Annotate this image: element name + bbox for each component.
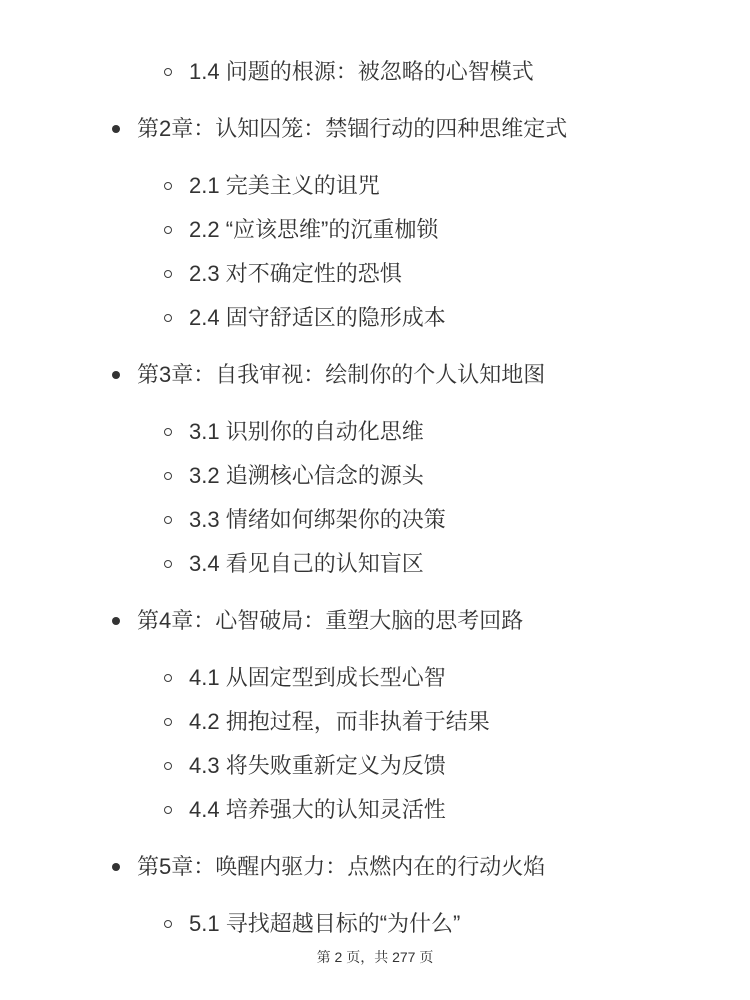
toc-entry-text: 2.2 “应该思维”的沉重枷锁 [189,217,438,242]
bullet-disc-icon [112,125,120,133]
toc-chapter-entry: 第4章：心智破局：重塑大脑的思考回路 [137,606,720,636]
bullet-circle-icon [164,718,172,726]
toc-entry-text: 1.4 问题的根源：被忽略的心智模式 [189,59,534,84]
toc-section-entry: 3.4 看见自己的认知盲区 [189,549,720,579]
bullet-circle-icon [164,472,172,480]
toc-entry-text: 第3章：自我审视：绘制你的个人认知地图 [137,362,545,387]
bullet-circle-icon [164,762,172,770]
bullet-circle-icon [164,516,172,524]
toc-section-entry: 4.1 从固定型到成长型心智 [189,663,720,693]
toc-chapter-entry: 第2章：认知囚笼：禁锢行动的四种思维定式 [137,114,720,144]
toc-entry-text: 4.3 将失败重新定义为反馈 [189,753,446,778]
toc-section-entry: 4.4 培养强大的认知灵活性 [189,795,720,825]
toc-chapter-entry: 第3章：自我审视：绘制你的个人认知地图 [137,360,720,390]
toc-section-entry: 4.2 拥抱过程，而非执着于结果 [189,707,720,737]
toc-section-entry: 3.2 追溯核心信念的源头 [189,461,720,491]
document-page: 1.4 问题的根源：被忽略的心智模式 第2章：认知囚笼：禁锢行动的四种思维定式 … [0,0,750,1000]
toc-entry-text: 3.3 情绪如何绑架你的决策 [189,507,446,532]
toc-entry-text: 2.1 完美主义的诅咒 [189,173,380,198]
toc-section-entry: 2.1 完美主义的诅咒 [189,171,720,201]
toc-section-entry: 2.4 固守舒适区的隐形成本 [189,303,720,333]
toc-section-entry: 4.3 将失败重新定义为反馈 [189,751,720,781]
bullet-circle-icon [164,920,172,928]
toc-entry-text: 2.3 对不确定性的恐惧 [189,261,402,286]
toc-entry-text: 第4章：心智破局：重塑大脑的思考回路 [137,608,523,633]
toc-entry-text: 2.4 固守舒适区的隐形成本 [189,305,446,330]
toc-entry-text: 4.1 从固定型到成长型心智 [189,665,446,690]
toc-entry-text: 3.2 追溯核心信念的源头 [189,463,424,488]
bullet-circle-icon [164,182,172,190]
bullet-circle-icon [164,270,172,278]
toc-entry-text: 3.1 识别你的自动化思维 [189,419,424,444]
toc-section-entry: 5.1 寻找超越目标的“为什么” [189,909,720,939]
page-number-indicator: 第 2 页，共 277 页 [0,947,750,967]
bullet-disc-icon [112,371,120,379]
toc-entry-text: 第2章：认知囚笼：禁锢行动的四种思维定式 [137,116,567,141]
toc-section-entry: 3.3 情绪如何绑架你的决策 [189,505,720,535]
toc-section-entry: 2.3 对不确定性的恐惧 [189,259,720,289]
bullet-circle-icon [164,806,172,814]
toc-entry-text: 4.4 培养强大的认知灵活性 [189,797,446,822]
toc-entry-text: 4.2 拥抱过程，而非执着于结果 [189,709,490,734]
toc-chapter-entry: 第5章：唤醒内驱力：点燃内在的行动火焰 [137,852,720,882]
toc-entry-text: 5.1 寻找超越目标的“为什么” [189,911,460,936]
table-of-contents: 1.4 问题的根源：被忽略的心智模式 第2章：认知囚笼：禁锢行动的四种思维定式 … [137,43,720,953]
bullet-disc-icon [112,617,120,625]
bullet-circle-icon [164,674,172,682]
bullet-circle-icon [164,314,172,322]
toc-section-entry: 3.1 识别你的自动化思维 [189,417,720,447]
bullet-disc-icon [112,863,120,871]
toc-section-entry: 2.2 “应该思维”的沉重枷锁 [189,215,720,245]
toc-entry-text: 3.4 看见自己的认知盲区 [189,551,424,576]
toc-section-entry: 1.4 问题的根源：被忽略的心智模式 [189,57,720,87]
bullet-circle-icon [164,560,172,568]
toc-list: 1.4 问题的根源：被忽略的心智模式 第2章：认知囚笼：禁锢行动的四种思维定式 … [137,57,720,939]
bullet-circle-icon [164,226,172,234]
bullet-circle-icon [164,68,172,76]
bullet-circle-icon [164,428,172,436]
toc-entry-text: 第5章：唤醒内驱力：点燃内在的行动火焰 [137,854,545,879]
